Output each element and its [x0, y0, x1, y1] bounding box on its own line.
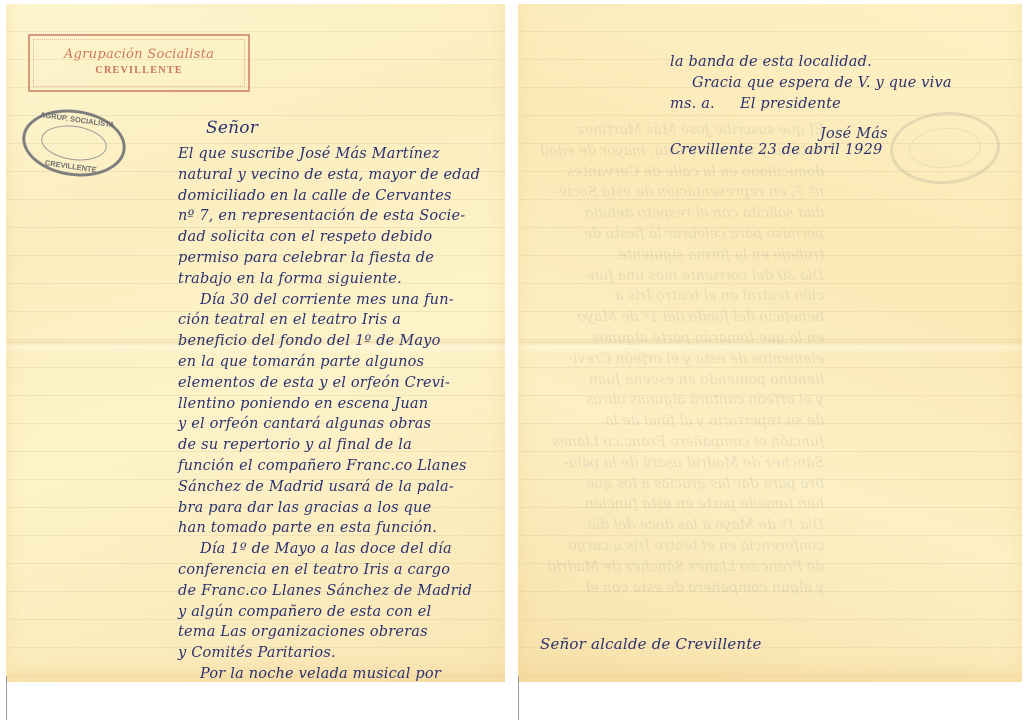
bleed-line: domiciliado en la calle de Cervantes — [540, 162, 824, 183]
bleed-line: de su repertorio y al final de la — [540, 411, 824, 432]
scan-edge-right — [518, 676, 519, 720]
closing-title: El presidente — [740, 94, 841, 115]
bleed-line: conferencia en el teatro Iris a cargo — [540, 536, 824, 557]
bleed-line: y el orfeón cantará algunas obras — [540, 390, 824, 411]
body-line: Día 30 del corriente mes una fun- — [178, 290, 480, 311]
bleed-line: trabajo en la forma siguiente. — [540, 245, 824, 266]
bleed-line: función el compañero Franc.co Llanes — [540, 432, 824, 453]
body-line: función el compañero Franc.co Llanes — [178, 456, 480, 477]
body-line: trabajo en la forma siguiente. — [178, 269, 480, 290]
body-line: Gracia que espera de V. y que viva — [670, 73, 952, 94]
body-line: ción teatral en el teatro Iris a — [178, 310, 480, 331]
letter-body-page-1: Señor El que suscribe José Más Martínez … — [178, 118, 480, 685]
body-line: en la que tomarán parte algunos — [178, 352, 480, 373]
bleed-line: han tomado parte en esta función. — [540, 494, 824, 515]
faint-stamp-inner-ring — [908, 126, 983, 171]
body-line: bra para dar las gracias a los que — [178, 498, 480, 519]
body-line: nº 7, en representación de esta Socie- — [178, 206, 480, 227]
body-line: tema Las organizaciones obreras — [178, 622, 480, 643]
body-line: dad solicita con el respeto debido — [178, 227, 480, 248]
body-line: de Franc.co Llanes Sánchez de Madrid — [178, 581, 480, 602]
body-line: elementos de esta y el orfeón Crevi- — [178, 373, 480, 394]
bleed-line: nº 7, en representación de esta Socie- — [540, 182, 824, 203]
bleed-line: Día 30 del corriente mes una fun- — [540, 266, 824, 287]
body-line: El que suscribe José Más Martínez — [178, 144, 480, 165]
bleed-line: beneficio del fondo del 1º de Mayo — [540, 307, 824, 328]
body-line: y el orfeón cantará algunas obras — [178, 414, 480, 435]
letterhead-organization: Agrupación Socialista — [30, 47, 248, 62]
body-line: la banda de esta localidad. — [670, 52, 952, 73]
bleed-line: Sánchez de Madrid usará de la pala- — [540, 453, 824, 474]
body-line: Por la noche velada musical por — [178, 664, 480, 685]
bleed-line: elementos de esta y el orfeón Crevi- — [540, 349, 824, 370]
bleed-line: ción teatral en el teatro Iris a — [540, 286, 824, 307]
body-line: llentino poniendo en escena Juan — [178, 394, 480, 415]
body-line: beneficio del fondo del 1º de Mayo — [178, 331, 480, 352]
letterhead: Agrupación Socialista CREVILLENTE — [28, 34, 250, 92]
bleed-line: El que suscribe José Más Martínez — [540, 120, 824, 141]
body-line: de su repertorio y al final de la — [178, 435, 480, 456]
body-line: y algún compañero de esta con el — [178, 602, 480, 623]
bleed-line: llentino poniendo en escena Juan — [540, 370, 824, 391]
bleed-line: bra para dar las gracias a los que — [540, 474, 824, 495]
letterhead-town: CREVILLENTE — [30, 65, 248, 76]
body-line: permiso para celebrar la fiesta de — [178, 248, 480, 269]
bleed-line: en la que tomarán parte algunos — [540, 328, 824, 349]
addressee: Señor alcalde de Crevillente — [540, 634, 762, 655]
ink-bleed-through: El que suscribe José Más Martínez natura… — [540, 120, 824, 598]
bleed-line: Día 1º de Mayo a las doce del día — [540, 515, 824, 536]
body-line: conferencia en el teatro Iris a cargo — [178, 560, 480, 581]
bleed-line: permiso para celebrar la fiesta de — [540, 224, 824, 245]
body-line: Día 1º de Mayo a las doce del día — [178, 539, 480, 560]
bleed-line: y algún compañero de esta con el — [540, 578, 824, 599]
body-line: natural y vecino de esta, mayor de edad — [178, 165, 480, 186]
body-line: han tomado parte en esta función. — [178, 518, 480, 539]
body-line: y Comités Paritarios. — [178, 643, 480, 664]
body-line: Sánchez de Madrid usará de la pala- — [178, 477, 480, 498]
greeting: Señor — [206, 118, 480, 144]
bleed-line: de Franc.co Llanes Sánchez de Madrid — [540, 557, 824, 578]
bleed-line: dad solicita con el respeto debido — [540, 203, 824, 224]
scan-edge-left — [6, 676, 7, 720]
letter-date: Crevillente 23 de abril 1929 — [670, 140, 882, 161]
body-line: domiciliado en la calle de Cervantes — [178, 186, 480, 207]
